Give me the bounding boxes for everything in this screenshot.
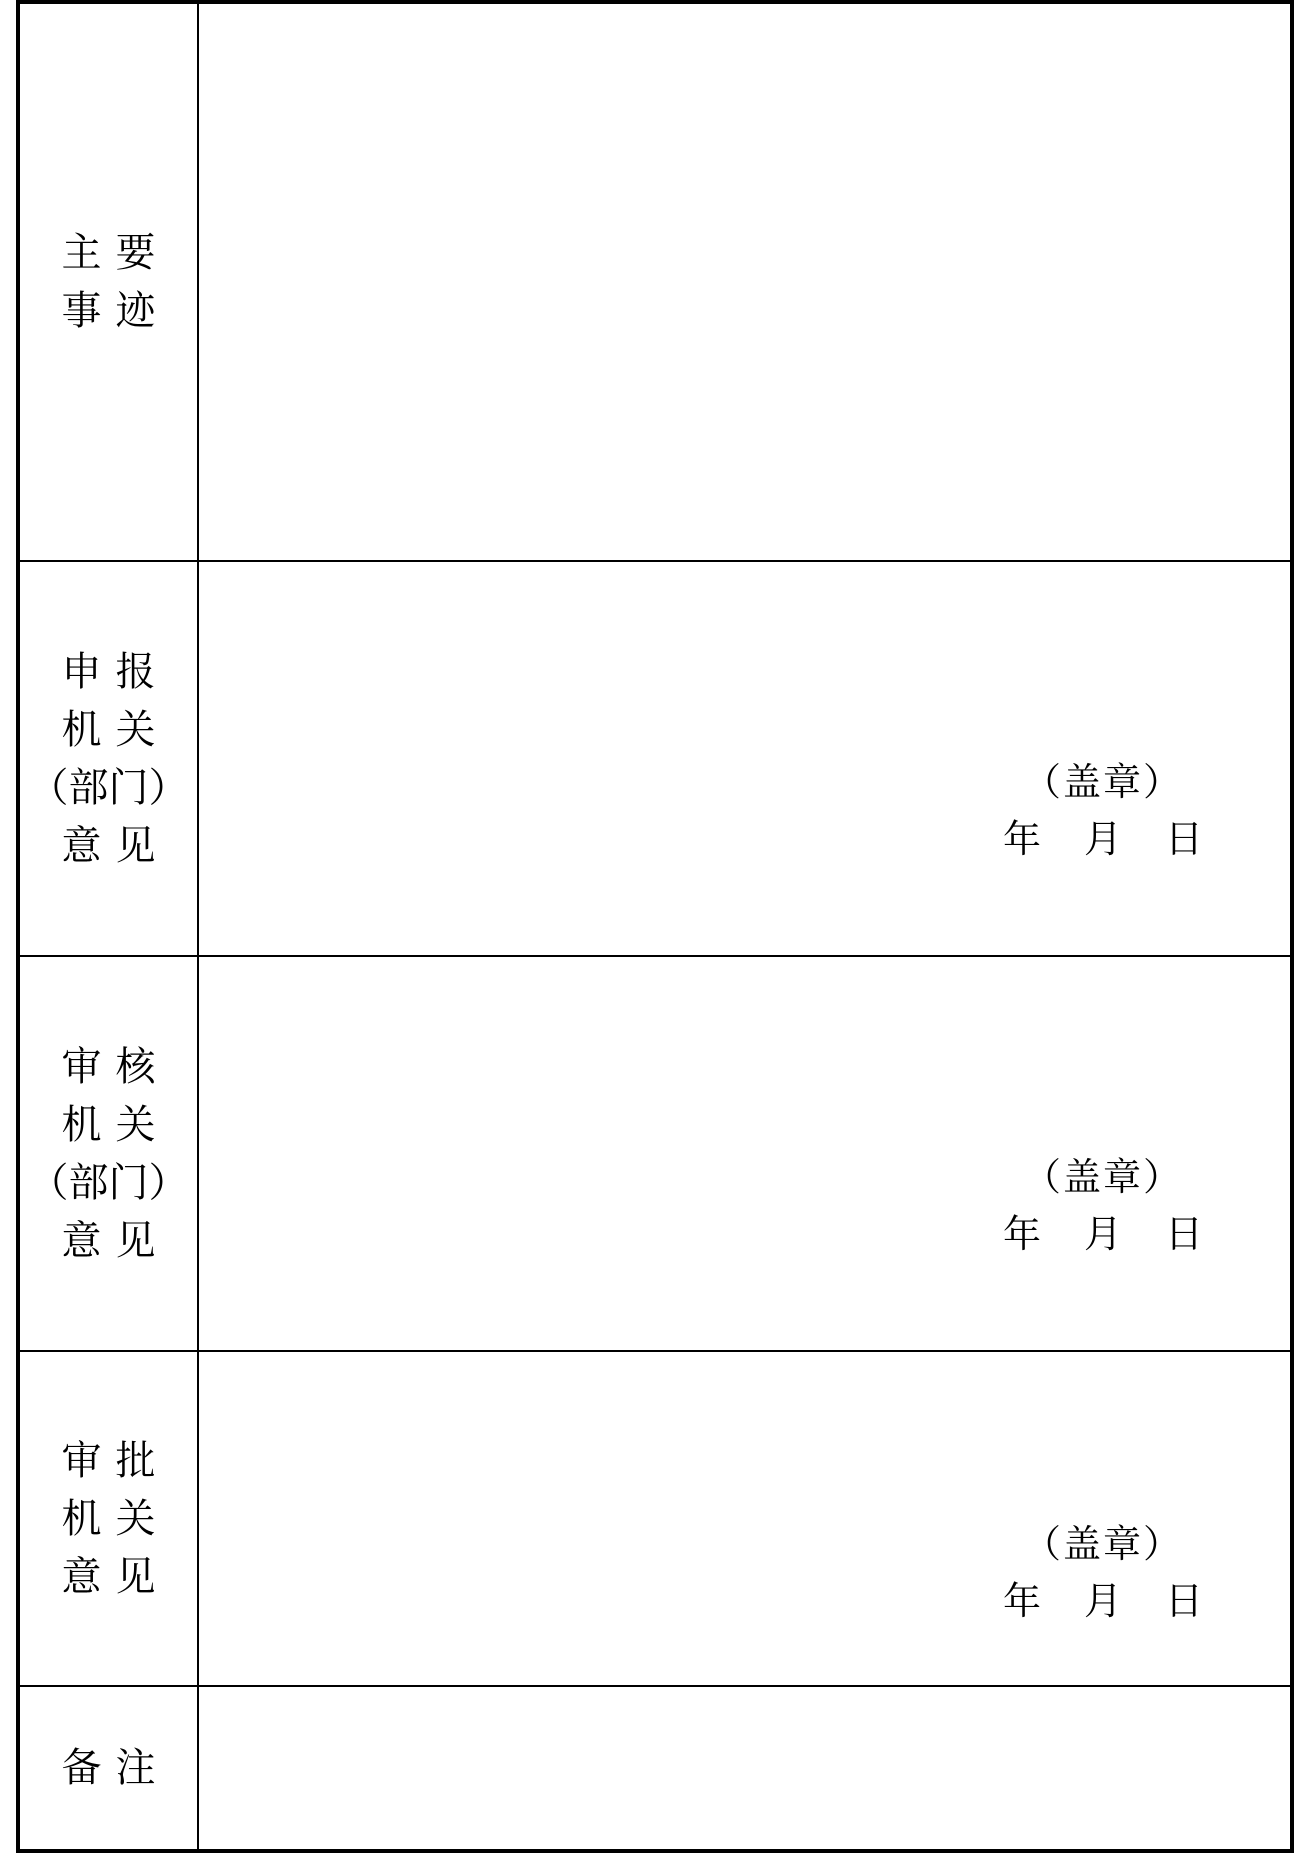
date-year-label: 年 [1003,812,1041,869]
declaring-label-line-4: 意见 [48,817,170,875]
main-deeds-label-line-1: 主要 [48,224,170,282]
row-review-authority-opinion: 审核 机关 （部门） 意见 （盖章） 年 月 日 [20,957,1290,1352]
row-remarks: 备注 [20,1687,1290,1849]
remarks-label: 备注 [48,1739,170,1797]
date-placeholder: 年 月 日 [1003,812,1203,869]
approval-label-line-1: 审批 [48,1432,170,1490]
content-cell-remarks [199,1687,1290,1849]
row-declaring-authority-opinion: 申报 机关 （部门） 意见 （盖章） 年 月 日 [20,562,1290,957]
declaring-label-line-1: 申报 [48,643,170,701]
approval-form-table: 主要 事迹 申报 机关 （部门） 意见 （盖章） 年 月 日 审核 [16,0,1294,1853]
row-main-deeds: 主要 事迹 [20,4,1290,562]
content-cell-main-deeds [199,4,1290,560]
declaring-label-line-3: （部门） [29,759,189,817]
date-placeholder: 年 月 日 [1003,1574,1203,1631]
main-deeds-label-line-2: 事迹 [48,282,170,340]
review-label-line-3: （部门） [29,1154,189,1212]
date-month-label: 月 [1084,1207,1122,1264]
review-label-line-1: 审核 [48,1038,170,1096]
date-placeholder: 年 月 日 [1003,1207,1203,1264]
seal-placeholder: （盖章） [1003,1517,1203,1574]
label-cell-remarks: 备注 [20,1687,199,1849]
date-month-label: 月 [1084,1574,1122,1631]
declaring-label-line-2: 机关 [48,701,170,759]
date-year-label: 年 [1003,1574,1041,1631]
review-label-line-4: 意见 [48,1212,170,1270]
seal-placeholder: （盖章） [1003,755,1203,812]
content-cell-approval-authority: （盖章） 年 月 日 [199,1352,1290,1685]
row-approval-authority-opinion: 审批 机关 意见 （盖章） 年 月 日 [20,1352,1290,1687]
approval-stamp-block: （盖章） 年 月 日 [1003,1517,1203,1631]
date-year-label: 年 [1003,1207,1041,1264]
date-day-label: 日 [1165,1207,1203,1264]
date-month-label: 月 [1084,812,1122,869]
approval-label-line-2: 机关 [48,1490,170,1548]
label-cell-approval-authority: 审批 机关 意见 [20,1352,199,1685]
review-label-line-2: 机关 [48,1096,170,1154]
date-day-label: 日 [1165,1574,1203,1631]
seal-placeholder: （盖章） [1003,1150,1203,1207]
approval-label-line-3: 意见 [48,1548,170,1606]
content-cell-review-authority: （盖章） 年 月 日 [199,957,1290,1350]
content-cell-declaring-authority: （盖章） 年 月 日 [199,562,1290,955]
date-day-label: 日 [1165,812,1203,869]
declaring-stamp-block: （盖章） 年 月 日 [1003,755,1203,869]
label-cell-main-deeds: 主要 事迹 [20,4,199,560]
review-stamp-block: （盖章） 年 月 日 [1003,1150,1203,1264]
label-cell-review-authority: 审核 机关 （部门） 意见 [20,957,199,1350]
label-cell-declaring-authority: 申报 机关 （部门） 意见 [20,562,199,955]
